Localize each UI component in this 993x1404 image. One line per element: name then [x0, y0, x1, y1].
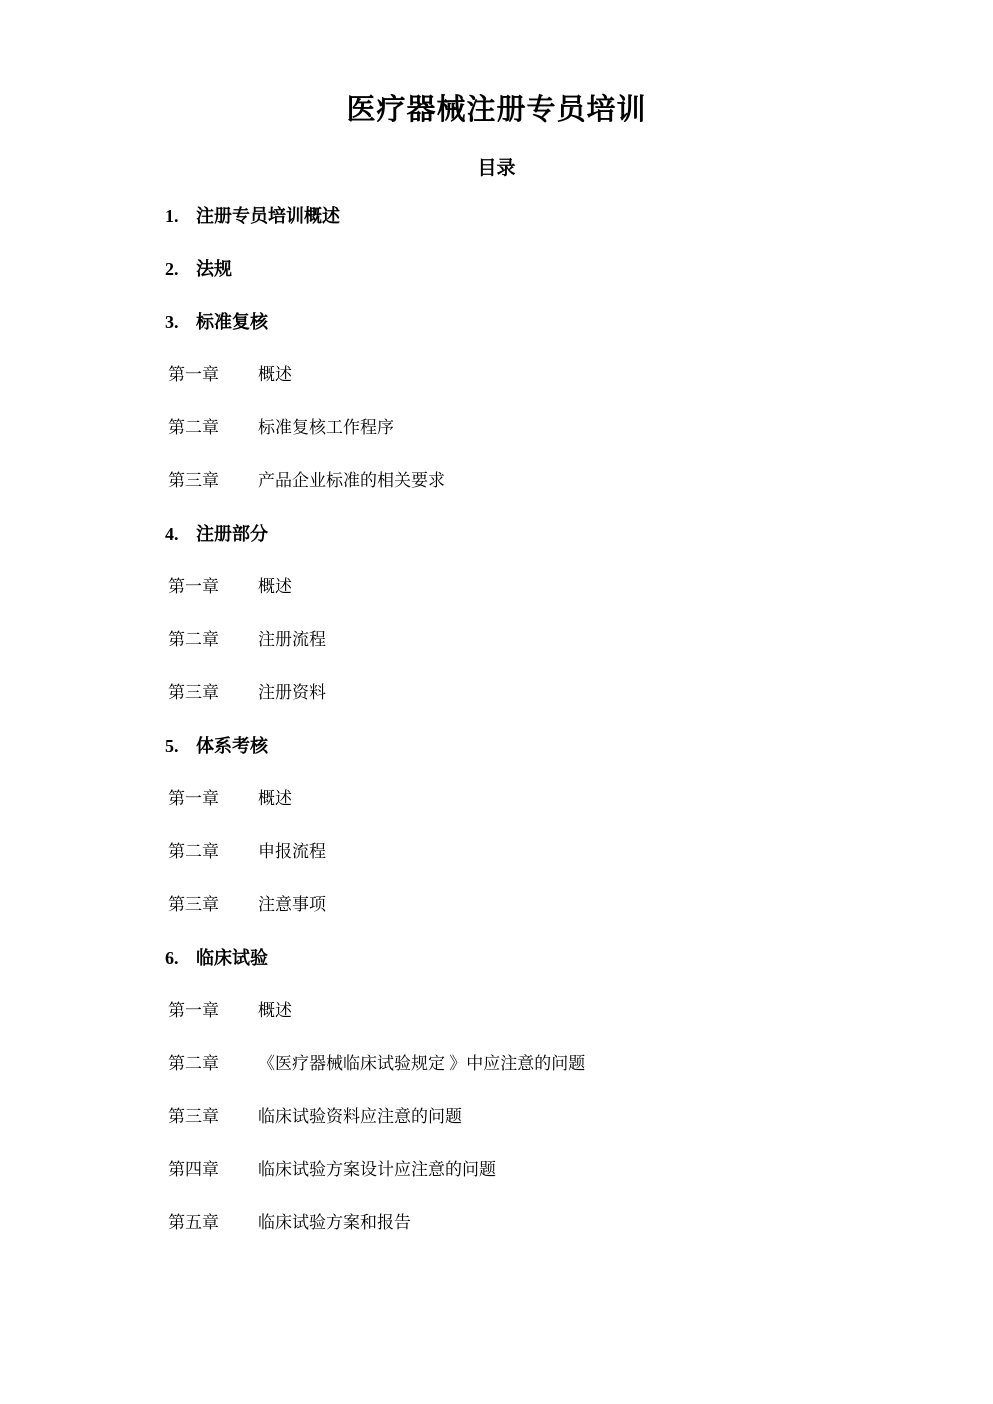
toc-chapter-number: 第三章: [168, 471, 258, 491]
toc-chapter-title: 概述: [258, 577, 292, 596]
toc-heading: 目录: [0, 158, 993, 180]
toc-section-label: 注册专员培训概述: [196, 206, 340, 226]
document-page: 医疗器械注册专员培训 目录 1.注册专员培训概述2.法规3.标准复核第一章概述第…: [0, 0, 993, 1404]
toc-chapter-title: 概述: [258, 365, 292, 384]
toc-chapter-title: 产品企业标准的相关要求: [258, 471, 445, 490]
toc-chapter: 第五章临床试验方案和报告: [168, 1213, 993, 1233]
toc-chapter: 第二章注册流程: [168, 630, 993, 650]
toc-chapter-title: 临床试验方案和报告: [258, 1213, 411, 1232]
toc-section: 6.临床试验: [165, 948, 993, 968]
toc-chapter: 第三章产品企业标准的相关要求: [168, 471, 993, 491]
toc-chapter-number: 第一章: [168, 577, 258, 597]
toc-chapter-title: 注册资料: [258, 683, 326, 702]
toc-section-number: 1.: [165, 206, 196, 226]
toc-chapter-title: 临床试验资料应注意的问题: [258, 1107, 462, 1126]
toc-chapter: 第一章概述: [168, 577, 993, 597]
toc-section-label: 法规: [196, 259, 232, 279]
document-title: 医疗器械注册专员培训: [0, 0, 993, 128]
toc-chapter-number: 第四章: [168, 1160, 258, 1180]
toc-chapter-number: 第三章: [168, 895, 258, 915]
toc-section-number: 2.: [165, 259, 196, 279]
toc-chapter: 第三章注意事项: [168, 895, 993, 915]
toc-chapter-title: 申报流程: [258, 842, 326, 861]
toc-section-number: 6.: [165, 948, 196, 968]
toc-chapter: 第二章《医疗器械临床试验规定 》中应注意的问题: [168, 1054, 993, 1074]
toc-chapter-number: 第二章: [168, 842, 258, 862]
toc-chapter: 第三章临床试验资料应注意的问题: [168, 1107, 993, 1127]
toc-chapter: 第一章概述: [168, 365, 993, 385]
toc-chapter: 第一章概述: [168, 1001, 993, 1021]
toc-chapter-number: 第一章: [168, 365, 258, 385]
toc-chapter: 第三章注册资料: [168, 683, 993, 703]
toc-chapter: 第二章申报流程: [168, 842, 993, 862]
toc-section-label: 体系考核: [196, 736, 268, 756]
toc-section: 2.法规: [165, 259, 993, 279]
toc-chapter-number: 第三章: [168, 1107, 258, 1127]
toc-chapter: 第四章临床试验方案设计应注意的问题: [168, 1160, 993, 1180]
toc-chapter-title: 临床试验方案设计应注意的问题: [258, 1160, 496, 1179]
toc-chapter-title: 概述: [258, 1001, 292, 1020]
toc-section: 4.注册部分: [165, 524, 993, 544]
toc-section-number: 5.: [165, 736, 196, 756]
toc-chapter-number: 第一章: [168, 1001, 258, 1021]
toc-section-label: 标准复核: [196, 312, 268, 332]
toc-section: 3.标准复核: [165, 312, 993, 332]
toc-chapter-number: 第二章: [168, 630, 258, 650]
toc-chapter: 第二章标准复核工作程序: [168, 418, 993, 438]
toc-chapter-title: 注册流程: [258, 630, 326, 649]
toc-chapter-number: 第三章: [168, 683, 258, 703]
toc-list: 1.注册专员培训概述2.法规3.标准复核第一章概述第二章标准复核工作程序第三章产…: [0, 206, 993, 1233]
toc-chapter: 第一章概述: [168, 789, 993, 809]
toc-chapter-title: 概述: [258, 789, 292, 808]
toc-chapter-number: 第二章: [168, 1054, 258, 1074]
toc-chapter-title: 标准复核工作程序: [258, 418, 394, 437]
toc-section-number: 3.: [165, 312, 196, 332]
toc-chapter-number: 第一章: [168, 789, 258, 809]
toc-chapter-title: 注意事项: [258, 895, 326, 914]
toc-chapter-title: 《医疗器械临床试验规定 》中应注意的问题: [258, 1054, 585, 1073]
toc-chapter-number: 第二章: [168, 418, 258, 438]
toc-section: 1.注册专员培训概述: [165, 206, 993, 226]
toc-chapter-number: 第五章: [168, 1213, 258, 1233]
toc-section-label: 临床试验: [196, 948, 268, 968]
toc-section-label: 注册部分: [196, 524, 268, 544]
toc-section-number: 4.: [165, 524, 196, 544]
toc-section: 5.体系考核: [165, 736, 993, 756]
